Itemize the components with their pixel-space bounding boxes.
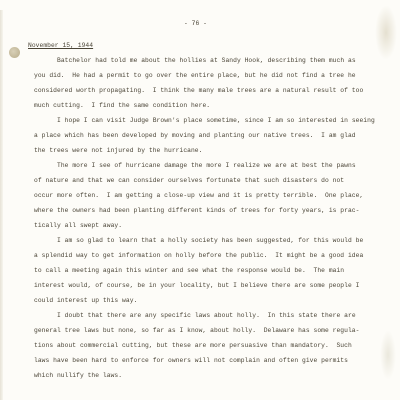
text-line: tically all swept away.	[34, 222, 122, 229]
text-line: much cutting. I find the same condition …	[34, 102, 210, 109]
text-line: The more I see of hurricane damage the m…	[57, 162, 356, 169]
text-line: considered worth propagating. I think th…	[34, 87, 363, 94]
text-line: I doubt that there are any specific laws…	[57, 312, 356, 319]
text-line: occur more often. I am getting a close-u…	[34, 192, 363, 199]
page-edge-shadow	[0, 10, 3, 400]
text-line: of nature and that we can consider ourse…	[34, 177, 344, 184]
text-line: a splendid way to get information on hol…	[34, 252, 363, 259]
text-line: I hope I can visit Judge Brown's place s…	[57, 117, 375, 124]
text-line: you did. He had a permit to go over the …	[34, 72, 356, 79]
date-heading: November 15, 1944	[28, 42, 93, 49]
page-number: - 76 -	[184, 20, 207, 27]
document-page: - 76 - November 15, 1944 Batchelor had t…	[0, 0, 400, 400]
text-line: Batchelor had told me about the hollies …	[57, 57, 356, 64]
text-line: where the owners had been planting diffe…	[34, 207, 359, 214]
text-line: tions about commercial cutting, but thes…	[34, 342, 352, 349]
text-line: laws have been hard to enforce for owner…	[34, 357, 348, 364]
paper-stain	[380, 330, 396, 380]
text-line: interest would, of course, be in your lo…	[34, 282, 359, 289]
text-line: which nullify the laws.	[34, 372, 122, 379]
punch-hole-icon	[9, 47, 20, 58]
text-line: I am so glad to learn that a holly socie…	[57, 237, 363, 244]
paper-stain	[375, 5, 397, 60]
text-line: general tree laws but none, so far as I …	[34, 327, 359, 334]
text-line: a place which has been developed by movi…	[34, 132, 356, 139]
text-line: could interest up this way.	[34, 297, 137, 304]
text-line: to call a meeting again this winter and …	[34, 267, 344, 274]
text-line: the trees were not injured by the hurric…	[34, 147, 202, 154]
